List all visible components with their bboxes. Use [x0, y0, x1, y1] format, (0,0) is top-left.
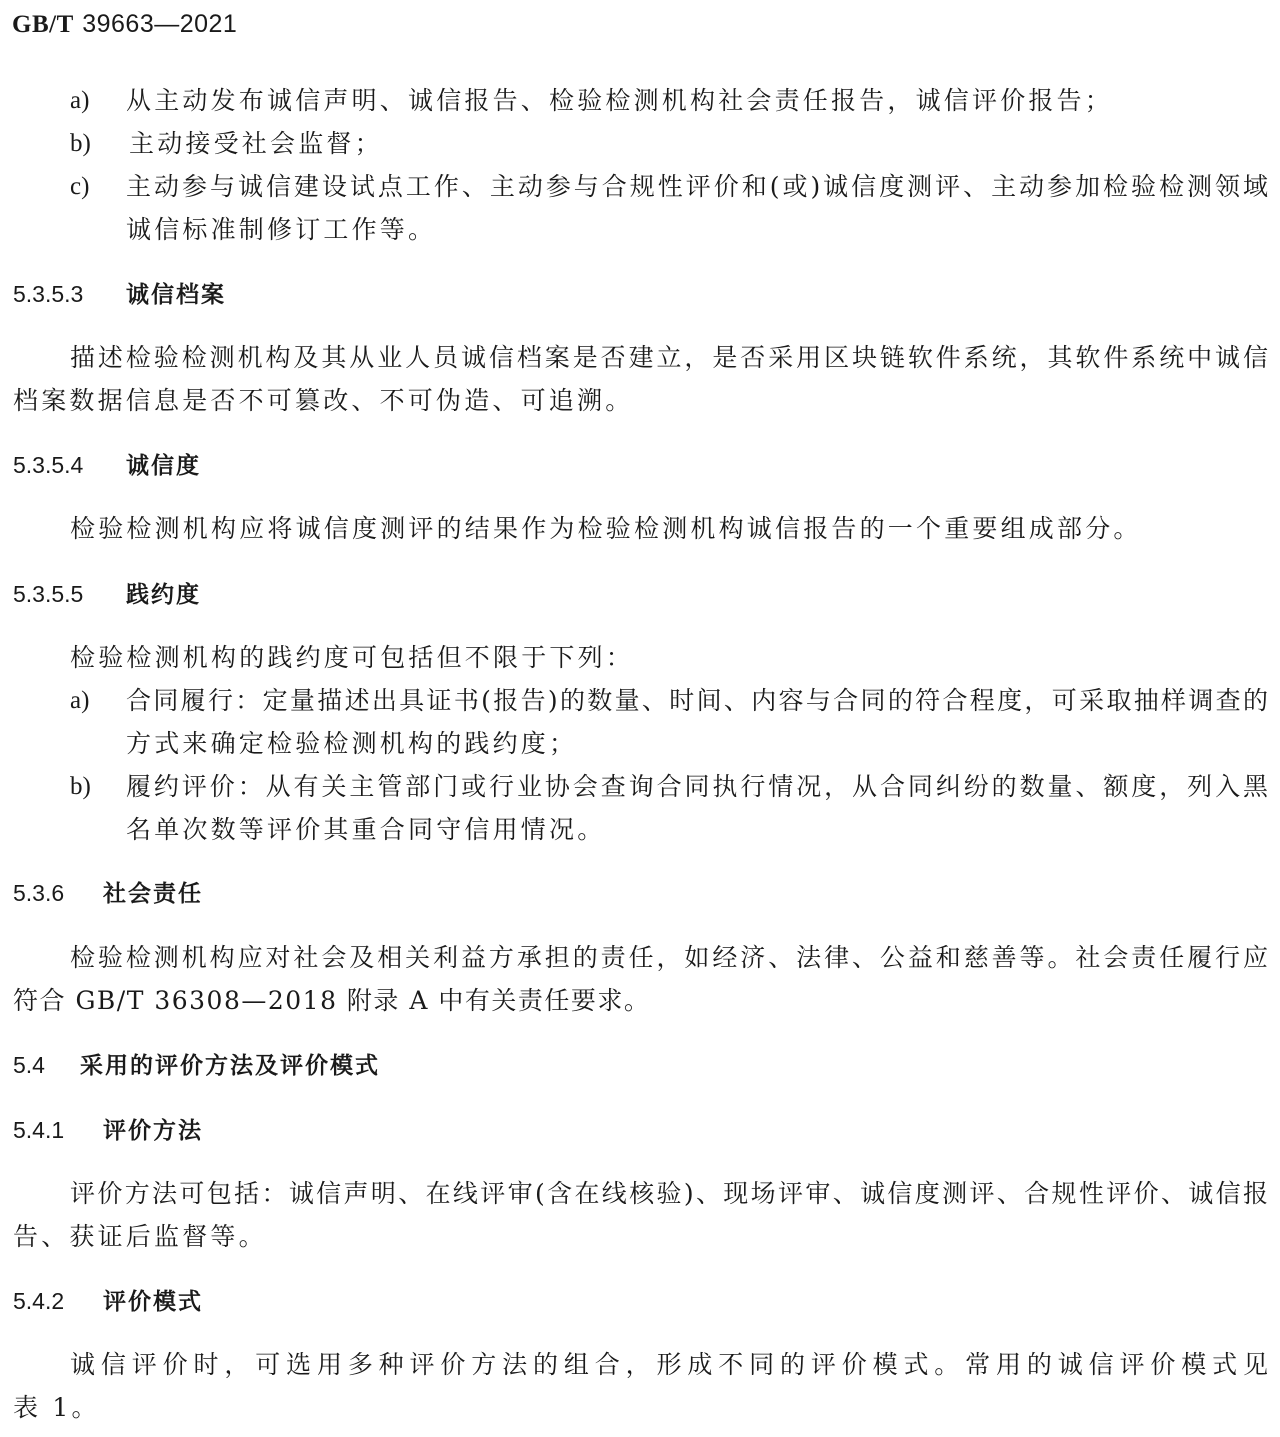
section-title: 诚信度 [126, 453, 201, 479]
list-item-text: 诚信标准制修订工作等。 [126, 213, 436, 247]
section-title: 践约度 [126, 582, 201, 608]
section-number: 5.3.5.3 [13, 277, 126, 311]
section-heading-541: 5.4.1评价方法 [13, 1113, 203, 1148]
section-heading-54: 5.4采用的评价方法及评价模式 [13, 1048, 380, 1083]
list-item-text: 主动参与诚信建设试点工作、主动参与合规性评价和(或)诚信度测评、主动参加检验检测… [126, 170, 1268, 204]
paragraph-line: 描述检验检测机构及其从业人员诚信档案是否建立，是否采用区块链软件系统，其软件系统… [70, 341, 1268, 375]
list-item-text: 履约评价：从有关主管部门或行业协会查询合同执行情况，从合同纠纷的数量、额度，列入… [126, 770, 1268, 804]
paragraph-line: 评价方法可包括：诚信声明、在线评审(含在线核验)、现场评审、诚信度测评、合规性评… [70, 1177, 1268, 1211]
standard-number-header: GB/T 39663—2021 [12, 6, 237, 43]
list-item-text: 名单次数等评价其重合同守信用情况。 [126, 813, 605, 847]
list-item-text: 方式来确定检验检测机构的践约度； [126, 727, 577, 761]
section-number: 5.4.1 [13, 1113, 103, 1147]
list-marker: b) [70, 127, 91, 161]
paragraph-line: 检验检测机构的践约度可包括但不限于下列： [70, 641, 634, 675]
paragraph-line: 符合 GB/T 36308—2018 附录 A 中有关责任要求。 [13, 984, 650, 1018]
section-number: 5.3.6 [13, 876, 103, 910]
section-heading-5355: 5.3.5.5践约度 [13, 577, 201, 612]
list-marker: a) [70, 684, 89, 718]
standard-prefix: GB/T [12, 11, 74, 38]
section-heading-5353: 5.3.5.3诚信档案 [13, 277, 226, 312]
paragraph-line: 检验检测机构应对社会及相关利益方承担的责任，如经济、法律、公益和慈善等。社会责任… [70, 941, 1268, 975]
paragraph-line: 表 1。 [13, 1391, 100, 1425]
paragraph-line: 告、获证后监督等。 [13, 1220, 267, 1254]
list-marker: a) [70, 84, 89, 118]
section-title: 评价模式 [103, 1289, 203, 1315]
section-heading-542: 5.4.2评价模式 [13, 1284, 203, 1319]
section-number: 5.3.5.4 [13, 448, 126, 482]
paragraph-line: 诚信评价时，可选用多种评价方法的组合，形成不同的评价模式。常用的诚信评价模式见 [70, 1348, 1268, 1382]
standard-code: 39663—2021 [82, 10, 237, 38]
section-heading-536: 5.3.6社会责任 [13, 876, 203, 911]
section-title: 诚信档案 [126, 282, 226, 308]
section-number: 5.4.2 [13, 1284, 103, 1318]
section-heading-5354: 5.3.5.4诚信度 [13, 448, 201, 483]
section-number: 5.3.5.5 [13, 577, 126, 611]
section-number: 5.4 [13, 1048, 80, 1082]
section-title: 社会责任 [103, 881, 203, 907]
paragraph-line: 检验检测机构应将诚信度测评的结果作为检验检测机构诚信报告的一个重要组成部分。 [70, 512, 1142, 546]
list-item-text: 主动接受社会监督； [129, 127, 383, 161]
list-item-text: 从主动发布诚信声明、诚信报告、检验检测机构社会责任报告，诚信评价报告； [126, 84, 1113, 118]
list-marker: b) [70, 770, 91, 804]
list-item-text: 合同履行：定量描述出具证书(报告)的数量、时间、内容与合同的符合程度，可采取抽样… [126, 684, 1268, 718]
section-title: 采用的评价方法及评价模式 [80, 1053, 380, 1079]
list-marker: c) [70, 170, 89, 204]
paragraph-line: 档案数据信息是否不可篡改、不可伪造、可追溯。 [13, 384, 633, 418]
section-title: 评价方法 [103, 1118, 203, 1144]
